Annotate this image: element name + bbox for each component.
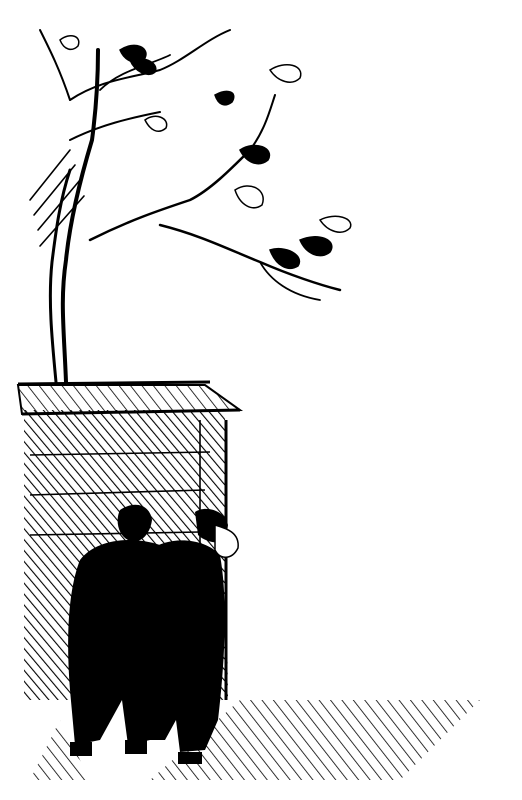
wall-cap	[18, 382, 240, 414]
tree	[30, 30, 340, 382]
illustration	[0, 0, 522, 800]
